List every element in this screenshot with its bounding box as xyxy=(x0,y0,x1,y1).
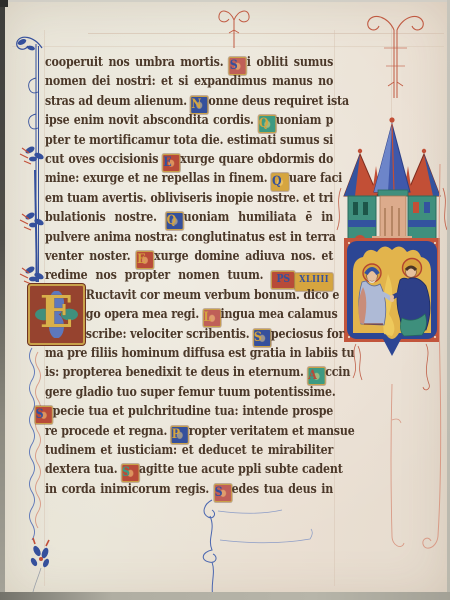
manuscript-line: go opera mea regi. Lingua mea calamus xyxy=(45,305,333,324)
red-penwork-stem xyxy=(356,2,444,102)
photo-edge-bottom xyxy=(0,592,450,600)
manuscript-line: stras ad deum alienum. Nonne deus requir… xyxy=(45,92,333,111)
manuscript-line: venter noster. Exurge domine adiuva nos.… xyxy=(45,247,333,266)
manuscript-line: Specie tua et pulchritudine tua: intende… xyxy=(45,402,333,421)
photo-corner-notch xyxy=(0,0,8,7)
manuscript-line: mine: exurge et ne repellas in finem. Qu… xyxy=(45,169,333,188)
text-block: E cooperuit nos umbra mortis. Si obliti … xyxy=(45,53,333,503)
manuscript-line: tudinem et iusticiam: et deducet te mira… xyxy=(45,441,333,460)
manuscript-line: scribe: velociter scribentis. Speciosus … xyxy=(45,325,333,344)
manuscript-line: redime nos propter nomen tuum. PSXLIIII xyxy=(45,266,333,285)
manuscript-line: Ructavit cor meum verbum bonum. dico e xyxy=(45,286,333,305)
manuscript-line: is: propterea benedixit te deus in etern… xyxy=(45,363,333,382)
right-margin-penwork xyxy=(378,160,450,568)
manuscript-line: re procede et regna. Propter veritatem e… xyxy=(45,422,333,441)
manuscript-line: dextera tua. Sagitte tue acute ppli subt… xyxy=(45,460,333,479)
manuscript-line: gere gladio tuo super femur tuum potenti… xyxy=(45,383,333,402)
versal-initial: S xyxy=(214,484,232,502)
drop-cap-letter: E xyxy=(40,287,74,338)
photo-edge-left xyxy=(0,0,5,600)
manuscript-line: ma pre filiis hominum diffusa est gratia… xyxy=(45,344,333,363)
manuscript-line: cut oves occisionis Exurge quare obdormi… xyxy=(45,150,333,169)
blue-penwork-descender xyxy=(186,498,326,600)
red-penwork-sprig xyxy=(216,6,264,50)
manuscript-line: nomen dei nostri: et si expandimus manus… xyxy=(45,72,333,91)
manuscript-line: cooperuit nos umbra mortis. Si obliti su… xyxy=(45,53,333,72)
manuscript-line: ipse enim novit abscondita cordis. Quoni… xyxy=(45,111,333,130)
manuscript-line: pulvere anima nostra: conglutinatus est … xyxy=(45,228,333,247)
manuscript-line: pter te mortificamur tota die. estimati … xyxy=(45,131,333,150)
manuscript-line: in corda inimicorum regis. Sedes tua deu… xyxy=(45,480,333,499)
manuscript-page: E cooperuit nos umbra mortis. Si obliti … xyxy=(0,0,450,600)
photo-edge-top xyxy=(0,0,450,2)
manuscript-line: em tuam avertis. obliviseris inopie nost… xyxy=(45,189,333,208)
manuscript-line: bulationis nostre. Quoniam humiliata ē i… xyxy=(45,208,333,227)
